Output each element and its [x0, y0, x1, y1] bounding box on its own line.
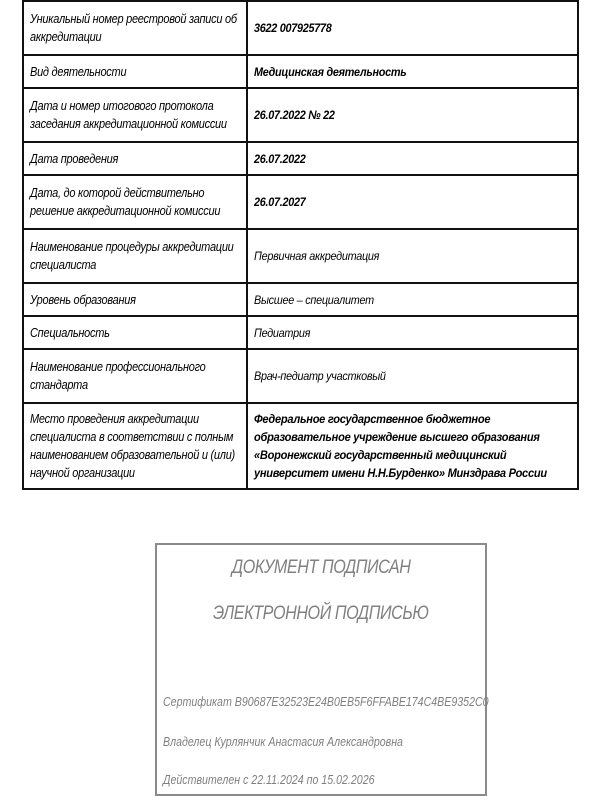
- row-label-professional-standard: Наименование профессионального стандарта: [23, 349, 247, 403]
- row-value-place: Федеральное государственное бюджетное об…: [247, 403, 578, 489]
- stamp-title-text: ЭЛЕКТРОННОЙ ПОДПИСЬЮ: [213, 603, 429, 625]
- value-text: Педиатрия: [254, 324, 310, 342]
- label-text: Дата, до которой действительно решение а…: [30, 184, 237, 220]
- stamp-certificate: Сертификат B90687E32523E24B0EB5F6FFABE17…: [163, 695, 546, 709]
- label-text: Уникальный номер реестровой записи об ак…: [30, 10, 237, 46]
- value-text: Медицинская деятельность: [254, 63, 406, 81]
- row-value-date: 26.07.2022: [247, 142, 578, 175]
- table-row: Уникальный номер реестровой записи об ак…: [23, 1, 578, 55]
- value-text: 26.07.2022: [254, 150, 306, 168]
- row-label-valid-until: Дата, до которой действительно решение а…: [23, 175, 247, 229]
- label-text: Вид деятельности: [30, 63, 126, 81]
- row-label-education-level: Уровень образования: [23, 283, 247, 316]
- row-value-procedure: Первичная аккредитация: [247, 229, 578, 283]
- stamp-owner: Владелец Курлянчик Анастасия Александров…: [163, 735, 445, 749]
- table-row: Наименование процедуры аккредитации спец…: [23, 229, 578, 283]
- row-value-activity-type: Медицинская деятельность: [247, 55, 578, 88]
- row-value-professional-standard: Врач-педиатр участковый: [247, 349, 578, 403]
- label-text: Наименование процедуры аккредитации спец…: [30, 238, 237, 274]
- value-text: Врач-педиатр участковый: [254, 367, 386, 385]
- stamp-title-line2: ЭЛЕКТРОННОЙ ПОДПИСЬЮ: [157, 603, 485, 625]
- row-value-specialty: Педиатрия: [247, 316, 578, 349]
- table-row: Дата и номер итогового протокола заседан…: [23, 88, 578, 142]
- row-label-registry-number: Уникальный номер реестровой записи об ак…: [23, 1, 247, 55]
- row-value-registry-number: 3622 007925778: [247, 1, 578, 55]
- row-label-date: Дата проведения: [23, 142, 247, 175]
- stamp-validity: Действителен с 22.11.2024 по 15.02.2026: [163, 773, 412, 787]
- row-label-activity-type: Вид деятельности: [23, 55, 247, 88]
- electronic-signature-stamp: ДОКУМЕНТ ПОДПИСАН ЭЛЕКТРОННОЙ ПОДПИСЬЮ С…: [155, 543, 487, 796]
- label-text: Дата проведения: [30, 150, 118, 168]
- validity-text: Действителен с 22.11.2024 по 15.02.2026: [163, 773, 375, 787]
- accreditation-details-table: Уникальный номер реестровой записи об ак…: [22, 0, 579, 490]
- row-label-protocol: Дата и номер итогового протокола заседан…: [23, 88, 247, 142]
- label-text: Дата и номер итогового протокола заседан…: [30, 97, 237, 133]
- value-text: 3622 007925778: [254, 19, 332, 37]
- row-value-valid-until: 26.07.2027: [247, 175, 578, 229]
- certificate-text: Сертификат B90687E32523E24B0EB5F6FFABE17…: [163, 695, 489, 709]
- value-text: Федеральное государственное бюджетное об…: [254, 410, 574, 482]
- label-text: Место проведения аккредитации специалист…: [30, 410, 237, 482]
- label-text: Специальность: [30, 324, 110, 342]
- table-row: Вид деятельности Медицинская деятельност…: [23, 55, 578, 88]
- table-row: Дата проведения 26.07.2022: [23, 142, 578, 175]
- row-value-education-level: Высшее – специалитет: [247, 283, 578, 316]
- label-text: Уровень образования: [30, 291, 136, 309]
- table-row: Дата, до которой действительно решение а…: [23, 175, 578, 229]
- stamp-title-text: ДОКУМЕНТ ПОДПИСАН: [232, 557, 411, 579]
- row-label-procedure: Наименование процедуры аккредитации спец…: [23, 229, 247, 283]
- value-text: 26.07.2027: [254, 193, 306, 211]
- label-text: Наименование профессионального стандарта: [30, 358, 237, 394]
- table-row: Уровень образования Высшее – специалитет: [23, 283, 578, 316]
- value-text: 26.07.2022 № 22: [254, 106, 335, 124]
- row-label-place: Место проведения аккредитации специалист…: [23, 403, 247, 489]
- value-text: Первичная аккредитация: [254, 247, 379, 265]
- row-value-protocol: 26.07.2022 № 22: [247, 88, 578, 142]
- table-row: Место проведения аккредитации специалист…: [23, 403, 578, 489]
- stamp-title-line1: ДОКУМЕНТ ПОДПИСАН: [157, 557, 485, 579]
- table-row: Специальность Педиатрия: [23, 316, 578, 349]
- owner-text: Владелец Курлянчик Анастасия Александров…: [163, 735, 403, 749]
- table-row: Наименование профессионального стандарта…: [23, 349, 578, 403]
- value-text: Высшее – специалитет: [254, 291, 374, 309]
- row-label-specialty: Специальность: [23, 316, 247, 349]
